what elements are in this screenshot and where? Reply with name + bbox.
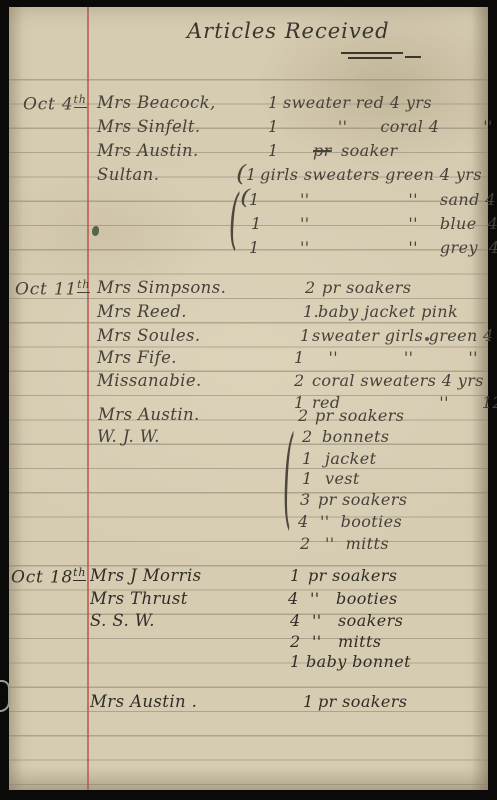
ledger-line: Mrs Fife.1 '' '' '' ''10 ''	[9, 348, 488, 372]
entry-item: girls sweaters green 4 yrs	[260, 165, 482, 184]
ledger-line: Oct 11thMrs Simpsons.2pr soakers	[9, 278, 488, 302]
ledger-line: Oct 18thMrs J Morris1pr soakers	[9, 566, 488, 590]
entry-qty: 2	[302, 427, 313, 446]
photo-frame: Articles Received Oct 4thMrs Beacock,1sw…	[0, 0, 497, 800]
ledger-line: Oct 4thMrs Beacock,1sweater red 4 yrs	[9, 93, 488, 117]
entry-qty: 2	[290, 632, 301, 651]
entry-name: Mrs Reed.	[97, 302, 187, 321]
entry-name: Mrs Sinfelt.	[97, 117, 201, 136]
entry-item: '' coral 4 ''	[283, 117, 493, 136]
entry-name: W. J. W.	[97, 427, 160, 446]
ledger-line: 3pr soakers	[9, 490, 488, 514]
ledger-lines: Oct 4thMrs Beacock,1sweater red 4 yrsMrs…	[9, 7, 488, 790]
entry-item: soaker	[341, 141, 398, 160]
entry-item: '' '' grey 4 ''	[300, 238, 497, 257]
entry-item: sweater girls green 4 yrs	[312, 326, 497, 345]
entry-name: Mrs Beacock,	[97, 93, 216, 112]
entry-item: pr soakers	[318, 490, 407, 509]
binding-wire	[0, 680, 10, 712]
entry-item: pr soakers	[322, 278, 411, 297]
entry-qty: 1	[294, 348, 305, 367]
entry-name: S. S. W.	[90, 611, 155, 630]
ledger-line: 1'' '' blue 4 ''	[9, 214, 488, 238]
entry-item: baby jacket pink	[318, 302, 458, 321]
entry-qty: 1	[268, 141, 279, 160]
entry-item: pr soakers	[318, 692, 407, 711]
entry-item: '' mitts	[312, 632, 381, 651]
entry-item: jacket	[325, 449, 376, 468]
ledger-line: Mrs Austin.1prsoaker	[9, 141, 488, 165]
entry-item: baby bonnet	[306, 652, 411, 671]
entry-item: vest	[325, 469, 360, 488]
entry-qty: 2	[305, 278, 316, 297]
entry-name: Mrs Fife.	[97, 348, 177, 367]
entry-item: bonnets	[322, 427, 389, 446]
entry-name: Mrs Soules.	[97, 326, 201, 345]
ledger-line: 4'' booties	[9, 512, 488, 536]
entry-qty: 1	[302, 449, 313, 468]
ledger-line: Mrs Austin .1pr soakers	[9, 692, 488, 716]
date-ordinal: th	[73, 566, 86, 581]
entry-item: '' soakers	[312, 611, 403, 630]
ledger-line: 1'' '' grey 4 ''	[9, 238, 488, 262]
entry-name: Mrs Austin.	[97, 141, 199, 160]
date-ordinal: th	[77, 278, 90, 293]
entry-item: '' '' blue 4 ''	[300, 214, 497, 233]
entry-item: pr soakers	[308, 566, 397, 585]
ledger-line: 2'' mitts	[9, 534, 488, 558]
entry-qty: 1	[290, 652, 301, 671]
ledger-line: W. J. W.2bonnets	[9, 427, 488, 451]
entry-qty: 1	[300, 326, 311, 345]
entry-name: Mrs J Morris	[90, 566, 202, 585]
entry-item: '' booties	[310, 589, 398, 608]
entry-qty: 1	[303, 692, 314, 711]
entry-qty: 4	[290, 611, 301, 630]
entry-qty: 1.	[303, 302, 319, 321]
grouping-brace: (	[229, 188, 241, 254]
entry-qty: 1	[268, 93, 279, 112]
entry-item: pr soakers	[315, 406, 404, 425]
entry-qty: 1	[251, 214, 262, 233]
ledger-line: Mrs Thrust4'' booties	[9, 589, 488, 613]
entry-item: sweater red 4 yrs	[283, 93, 432, 112]
entry-date: Oct 18th	[11, 566, 86, 588]
entry-name: Mrs Thrust	[90, 589, 188, 608]
entry-date: Oct 4th	[23, 93, 87, 115]
struck-text: pr	[313, 141, 332, 160]
grouping-brace: (	[283, 426, 295, 535]
entry-qty: 2	[300, 534, 311, 553]
entry-qty: 1	[249, 238, 260, 257]
entry-name: Sultan.	[97, 165, 159, 184]
date-ordinal: th	[74, 93, 87, 108]
entry-name: Mrs Austin .	[90, 692, 197, 711]
grouping-brace: (	[240, 187, 252, 208]
entry-item: '' '' sand 4 ''	[300, 190, 497, 209]
entry-qty: 1	[302, 469, 313, 488]
entry-name: Mrs Simpsons.	[97, 278, 226, 297]
ink-dot	[425, 337, 429, 341]
entry-qty: 2	[298, 406, 309, 425]
entry-item: '' mitts	[325, 534, 389, 553]
entry-qty: 4	[288, 589, 299, 608]
entry-qty: 3	[300, 490, 311, 509]
ledger-line: Mrs Sinfelt.1 '' coral 4 ''	[9, 117, 488, 141]
entry-item: coral sweaters 4 yrs	[312, 371, 484, 390]
ledger-line: Missanabie.2coral sweaters 4 yrs	[9, 371, 488, 395]
entry-item: '' '' '' ''10 ''	[312, 348, 497, 367]
entry-item: '' booties	[320, 512, 402, 531]
entry-qty: 2	[294, 371, 305, 390]
entry-qty: 4	[298, 512, 309, 531]
entry-name: Missanabie.	[97, 371, 202, 390]
ledger-line: Mrs Reed.1.baby jacket pink	[9, 302, 488, 326]
ledger-line: Mrs Soules.1sweater girls green 4 yrs	[9, 326, 488, 350]
ledger-line: 1baby bonnet	[9, 652, 488, 676]
notebook-page: Articles Received Oct 4thMrs Beacock,1sw…	[9, 7, 488, 790]
entry-date: Oct 11th	[15, 278, 90, 300]
entry-qty: 1	[268, 117, 279, 136]
entry-qty: 1	[290, 566, 301, 585]
